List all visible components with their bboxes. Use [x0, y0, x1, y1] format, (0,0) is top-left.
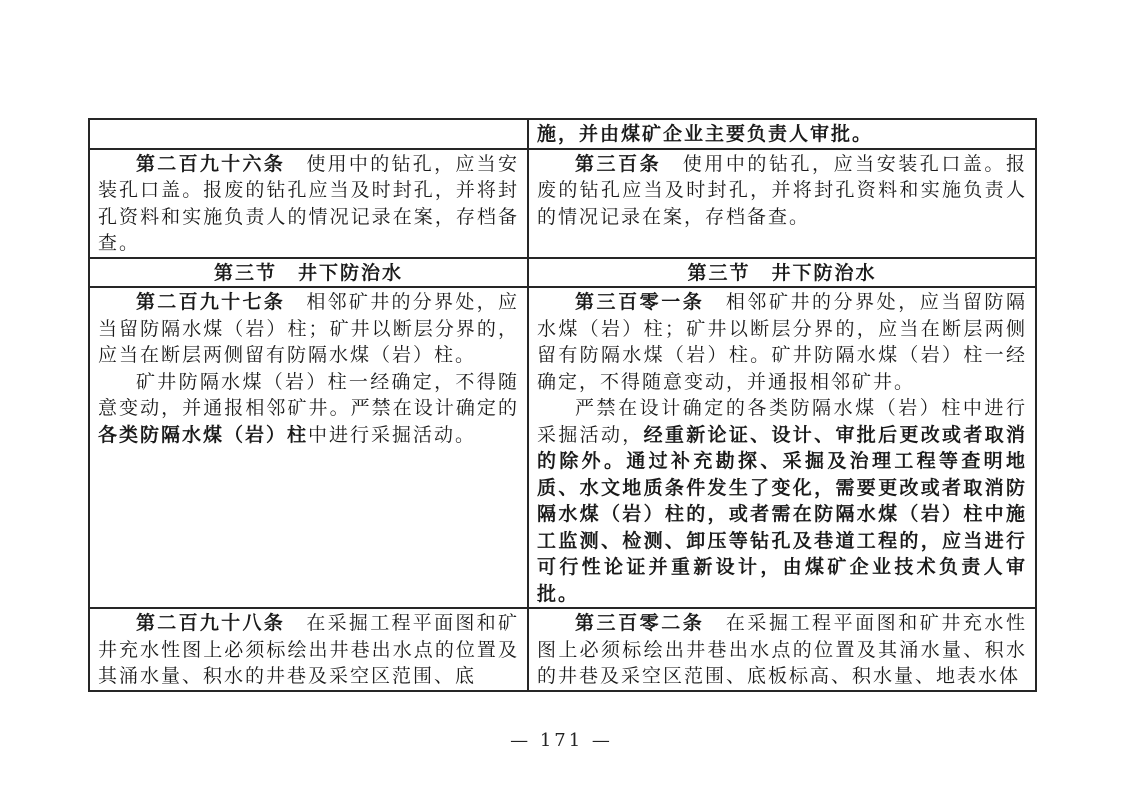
- cell-left-article-296: 第二百九十六条 使用中的钻孔，应当安装孔口盖。报废的钻孔应当及时封孔，并将封孔资…: [89, 149, 528, 258]
- cell-right-article-300: 第三百条 使用中的钻孔，应当安装孔口盖。报废的钻孔应当及时封孔，并将封孔资料和实…: [528, 149, 1036, 258]
- article-number: 第二百九十八条: [136, 612, 285, 634]
- text-segment: 施，并由煤矿企业主要负责人审批。: [537, 123, 873, 145]
- cell-left-carryover-empty: [89, 119, 528, 149]
- cell-left-article-297: 第二百九十七条 相邻矿井的分界处，应当留防隔水煤（岩）柱；矿井以断层分界的，应当…: [89, 287, 528, 608]
- paragraph: 第二百九十七条 相邻矿井的分界处，应当留防隔水煤（岩）柱；矿井以断层分界的，应当…: [98, 289, 519, 369]
- text-segment: 矿井防隔水煤（岩）柱一经确定，不得随意变动，并通报相邻矿井。严禁在设计确定的: [98, 371, 519, 420]
- table-row: 施，并由煤矿企业主要负责人审批。: [89, 119, 1036, 149]
- paragraph: 矿井防隔水煤（岩）柱一经确定，不得随意变动，并通报相邻矿井。严禁在设计确定的各类…: [98, 369, 519, 449]
- section-header-right: 第三节 井下防治水: [528, 258, 1036, 288]
- table-row-section: 第三节 井下防治水 第三节 井下防治水: [89, 258, 1036, 288]
- paragraph: 第三百零二条 在采掘工程平面图和矿井充水性图上必须标绘出井巷出水点的位置及其涌水…: [537, 610, 1027, 690]
- paragraph: 严禁在设计确定的各类防隔水煤（岩）柱中进行采掘活动，经重新论证、设计、审批后更改…: [537, 395, 1027, 607]
- cell-right-article-302: 第三百零二条 在采掘工程平面图和矿井充水性图上必须标绘出井巷出水点的位置及其涌水…: [528, 608, 1036, 691]
- document-page: 施，并由煤矿企业主要负责人审批。 第二百九十六条 使用中的钻孔，应当安装孔口盖。…: [0, 0, 1123, 794]
- section-title: 第三节 井下防治水: [537, 260, 1027, 287]
- article-number: 第三百条: [575, 153, 661, 175]
- paragraph: 第二百九十八条 在采掘工程平面图和矿井充水性图上必须标绘出井巷出水点的位置及其涌…: [98, 610, 519, 690]
- regulation-comparison-table: 施，并由煤矿企业主要负责人审批。 第二百九十六条 使用中的钻孔，应当安装孔口盖。…: [88, 118, 1037, 692]
- article-number: 第三百零一条: [575, 291, 704, 313]
- table-row: 第二百九十六条 使用中的钻孔，应当安装孔口盖。报废的钻孔应当及时封孔，并将封孔资…: [89, 149, 1036, 258]
- paragraph: 第三百零一条 相邻矿井的分界处，应当留防隔水煤（岩）柱；矿井以断层分界的，应当在…: [537, 289, 1027, 395]
- table-row: 第二百九十八条 在采掘工程平面图和矿井充水性图上必须标绘出井巷出水点的位置及其涌…: [89, 608, 1036, 691]
- article-number: 第三百零二条: [575, 612, 704, 634]
- text-segment-bold: 经重新论证、设计、审批后更改或者取消的除外。通过补充勘探、采掘及治理工程等查明地…: [537, 424, 1027, 605]
- cell-right-article-301: 第三百零一条 相邻矿井的分界处，应当留防隔水煤（岩）柱；矿井以断层分界的，应当在…: [528, 287, 1036, 608]
- page-number: — 171 —: [0, 730, 1123, 751]
- cell-right-carryover: 施，并由煤矿企业主要负责人审批。: [528, 119, 1036, 149]
- article-number: 第二百九十六条: [136, 153, 285, 175]
- table-row: 第二百九十七条 相邻矿井的分界处，应当留防隔水煤（岩）柱；矿井以断层分界的，应当…: [89, 287, 1036, 608]
- text-segment: 中进行采掘活动。: [308, 424, 476, 446]
- paragraph: 施，并由煤矿企业主要负责人审批。: [537, 121, 1027, 148]
- section-title: 第三节 井下防治水: [98, 260, 519, 287]
- paragraph: 第二百九十六条 使用中的钻孔，应当安装孔口盖。报废的钻孔应当及时封孔，并将封孔资…: [98, 151, 519, 257]
- paragraph: 第三百条 使用中的钻孔，应当安装孔口盖。报废的钻孔应当及时封孔，并将封孔资料和实…: [537, 151, 1027, 231]
- text-segment-bold: 各类防隔水煤（岩）柱: [98, 424, 308, 446]
- article-number: 第二百九十七条: [136, 291, 285, 313]
- section-header-left: 第三节 井下防治水: [89, 258, 528, 288]
- cell-left-article-298: 第二百九十八条 在采掘工程平面图和矿井充水性图上必须标绘出井巷出水点的位置及其涌…: [89, 608, 528, 691]
